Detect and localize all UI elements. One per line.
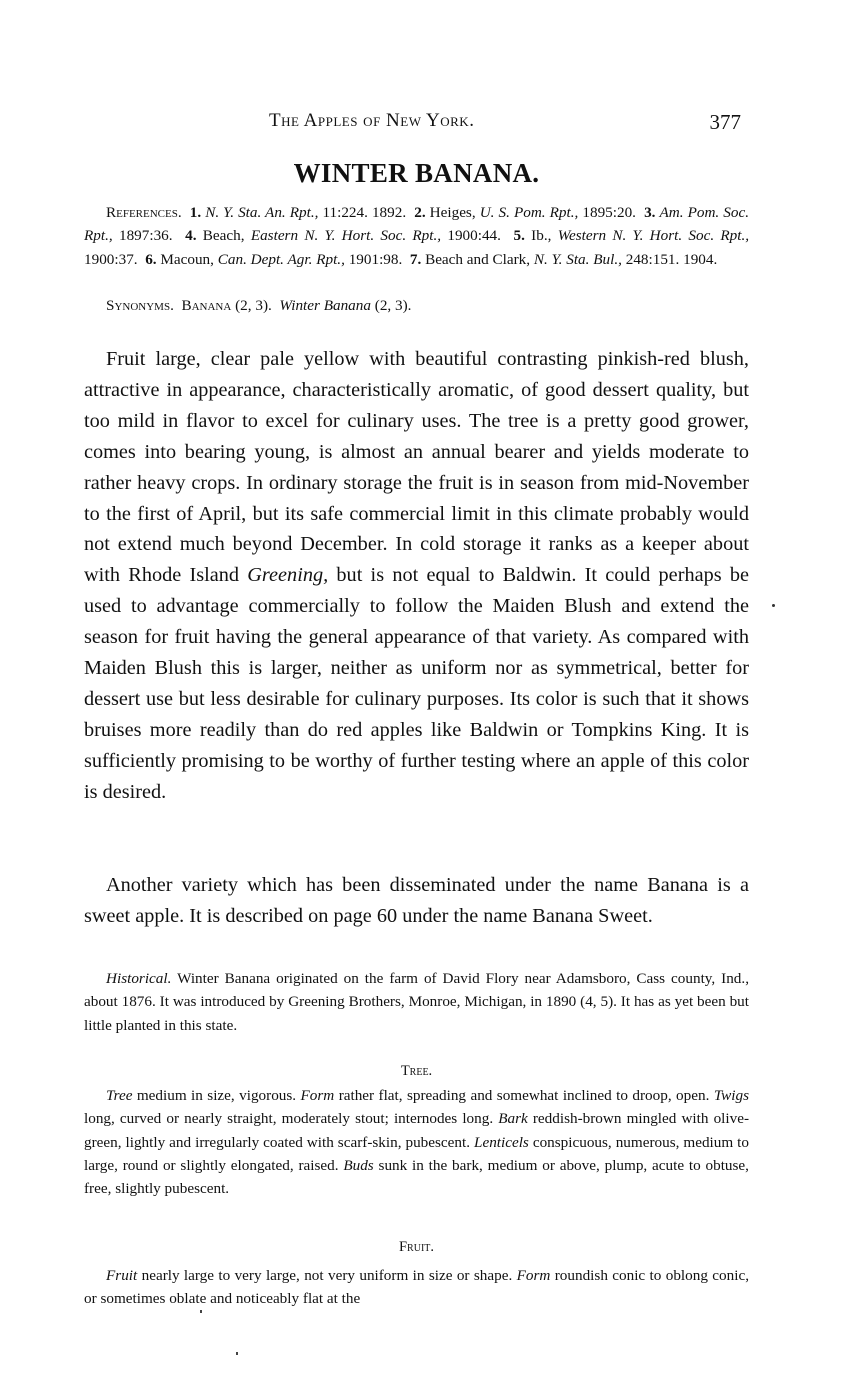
body-paragraph-description: Fruit large, clear pale yellow with beau…: [84, 344, 749, 808]
historical-paragraph: Historical. Winter Banana originated on …: [84, 967, 749, 1037]
scan-speck: [772, 604, 775, 607]
running-header: The Apples of New York. 377: [84, 110, 749, 136]
page-title: WINTER BANANA.: [84, 158, 749, 189]
references-block: References. 1. N. Y. Sta. An. Rpt., 11:2…: [84, 201, 749, 271]
synonym-primary: Banana: [181, 297, 231, 314]
references-label: References.: [106, 204, 182, 221]
body-paragraph-other-variety: Another variety which has been dissemina…: [84, 870, 749, 932]
reference-item: 4. Beach, Eastern N. Y. Hort. Soc. Rpt.,…: [185, 227, 501, 244]
tree-heading: Tree.: [84, 1063, 749, 1080]
tree-description: Tree medium in size, vigorous. Form rath…: [84, 1084, 749, 1200]
reference-item: 2. Heiges, U. S. Pom. Rpt., 1895:20.: [414, 204, 636, 221]
synonyms-label: Synonyms.: [106, 297, 174, 314]
synonym-primary-refs: (2, 3).: [235, 297, 272, 314]
fruit-description: Fruit nearly large to very large, not ve…: [84, 1264, 749, 1311]
fruit-heading: Fruit.: [84, 1239, 749, 1256]
reference-item: 1. N. Y. Sta. An. Rpt., 11:224. 1892.: [190, 204, 406, 221]
synonym-secondary-refs: (2, 3).: [375, 297, 412, 314]
synonyms-block: Synonyms. Banana (2, 3). Winter Banana (…: [84, 294, 749, 317]
scan-speck: [200, 1310, 202, 1313]
page-number: 377: [710, 110, 742, 135]
reference-item: 6. Macoun, Can. Dept. Agr. Rpt., 1901:98…: [145, 251, 402, 268]
historical-label: Historical.: [106, 970, 171, 987]
greening-term: Greening,: [247, 564, 328, 586]
running-title: The Apples of New York.: [269, 110, 474, 132]
scan-speck: [236, 1352, 238, 1355]
synonym-secondary: Winter Banana: [279, 297, 371, 314]
reference-item: 7. Beach and Clark, N. Y. Sta. Bul., 248…: [410, 251, 717, 268]
